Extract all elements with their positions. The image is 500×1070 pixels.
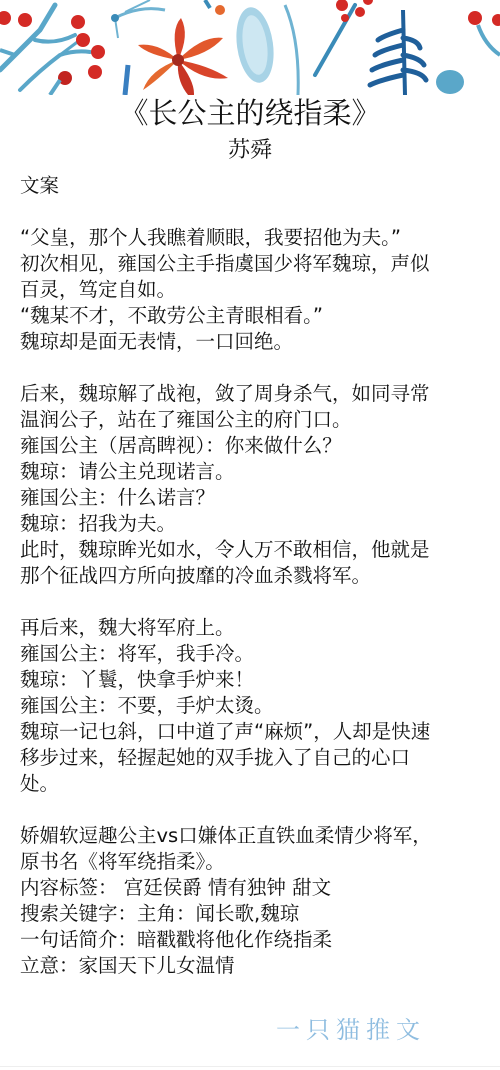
synopsis-line: 雍国公主：什么诺言？ bbox=[20, 485, 490, 511]
synopsis-line: 温润公子，站在了雍国公主的府门口。 bbox=[20, 407, 490, 433]
book-title: 《长公主的绕指柔》 bbox=[0, 93, 500, 133]
synopsis-line: 魏琼一记乜斜，口中道了声“麻烦”，人却是快速 bbox=[20, 719, 490, 745]
synopsis-content: 文案 “父皇，那个人我瞧着顺眼，我要招他为夫。” 初次相见，雍国公主手指虞国少将… bbox=[20, 173, 490, 979]
divider bbox=[0, 1066, 500, 1067]
synopsis-line: “魏某不才，不敢劳公主青眼相看。” bbox=[20, 303, 490, 329]
synopsis-line bbox=[20, 797, 490, 823]
tags-line: 内容标签： 宫廷侯爵 情有独钟 甜文 bbox=[20, 875, 490, 901]
synopsis-line: 娇媚软逗趣公主vs口嫌体正直铁血柔情少将军， bbox=[20, 823, 490, 849]
synopsis-line bbox=[20, 589, 490, 615]
watermark-text: 一只猫推文 bbox=[276, 1010, 426, 1045]
synopsis-line: 魏琼：请公主兑现诺言。 bbox=[20, 459, 490, 485]
synopsis-line: 移步过来，轻握起她的双手拢入了自己的心口 bbox=[20, 745, 490, 771]
one-line-summary: 一句话简介：暗戳戳将他化作绕指柔 bbox=[20, 927, 490, 953]
synopsis-line: 那个征战四方所向披靡的冷血杀戮将军。 bbox=[20, 563, 490, 589]
synopsis-line: 魏琼：丫鬟，快拿手炉来！ bbox=[20, 667, 490, 693]
synopsis-line: 初次相见，雍国公主手指虞国少将军魏琼，声似 bbox=[20, 251, 490, 277]
synopsis-line: 魏琼：招我为夫。 bbox=[20, 511, 490, 537]
synopsis-line: 雍国公主（居高睥视）：你来做什么？ bbox=[20, 433, 490, 459]
keywords-line: 搜索关键字：主角：闻长歌,魏琼 bbox=[20, 901, 490, 927]
synopsis-line: 百灵，笃定自如。 bbox=[20, 277, 490, 303]
synopsis-line: 雍国公主：不要，手炉太烫。 bbox=[20, 693, 490, 719]
synopsis-line: 处。 bbox=[20, 771, 490, 797]
book-author: 苏舜 bbox=[0, 137, 500, 165]
synopsis-line: 此时，魏琼眸光如水，令人万不敢相信，他就是 bbox=[20, 537, 490, 563]
synopsis-line: 后来，魏琼解了战袍，敛了周身杀气，如同寻常 bbox=[20, 381, 490, 407]
synopsis-line: 魏琼却是面无表情，一口回绝。 bbox=[20, 329, 490, 355]
synopsis-line: “父皇，那个人我瞧着顺眼，我要招他为夫。” bbox=[20, 225, 490, 251]
synopsis-line: 再后来，魏大将军府上。 bbox=[20, 615, 490, 641]
synopsis-line: 原书名《将军绕指柔》。 bbox=[20, 849, 490, 875]
theme-line: 立意：家国天下儿女温情 bbox=[20, 953, 490, 979]
synopsis-line bbox=[20, 355, 490, 381]
synopsis-heading: 文案 bbox=[20, 173, 490, 199]
watercolor-botanical-icon bbox=[0, 0, 500, 95]
decorative-banner bbox=[0, 0, 500, 95]
synopsis-line: 雍国公主：将军，我手冷。 bbox=[20, 641, 490, 667]
spacer bbox=[20, 199, 490, 225]
